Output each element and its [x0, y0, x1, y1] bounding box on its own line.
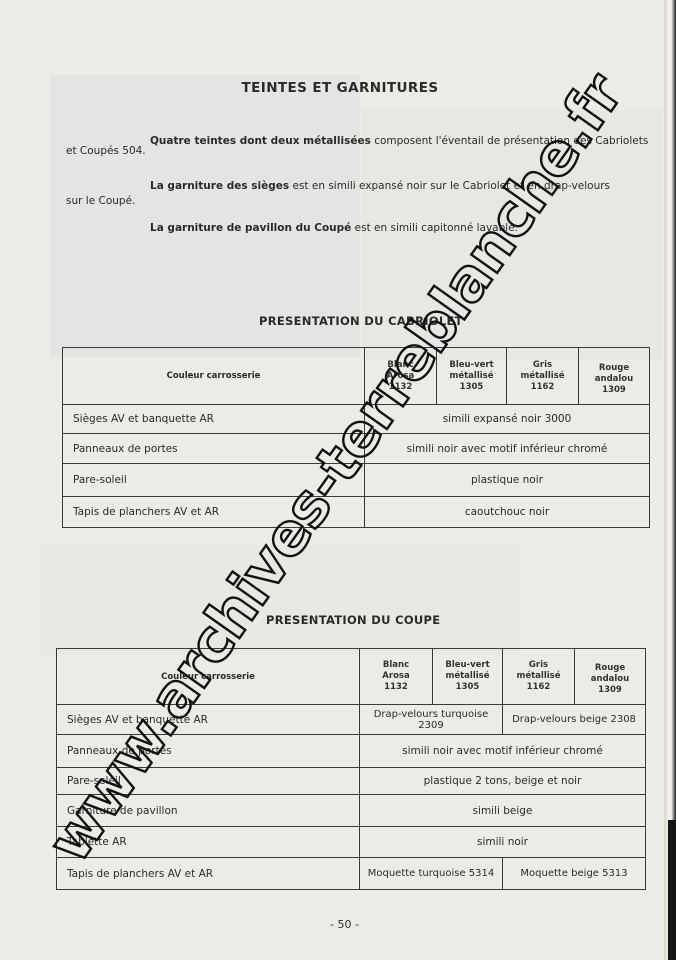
table-row: Panneaux de portes simili noir avec moti…	[63, 434, 650, 464]
color-column-rouge-andalou: Rougeandalou1309	[579, 348, 650, 405]
color-column-rouge-andalou: Rougeandalou1309	[575, 649, 646, 705]
row-label: Panneaux de portes	[63, 434, 365, 464]
row-value: simili beige	[360, 795, 646, 827]
row-value-right: Drap-velours beige 2308	[503, 705, 646, 735]
table-row: Sièges AV et banquette AR simili expansé…	[63, 405, 650, 434]
row-value: plastique 2 tons, beige et noir	[360, 768, 646, 795]
color-column-blanc-arosa: BlancArosa1132	[365, 348, 437, 405]
page-number: - 50 -	[330, 918, 359, 931]
page-binding-edge	[664, 0, 676, 960]
coupe-section-title: PRESENTATION DU COUPE	[266, 613, 440, 627]
paragraph-1-continuation: et Coupés 504.	[66, 146, 146, 157]
table-row: Garniture de pavillon simili beige	[57, 795, 646, 827]
table-header-row: Couleur carrosserie BlancArosa1132 Bleu-…	[57, 649, 646, 705]
row-label: Panneaux de portes	[57, 735, 360, 768]
row-value-left: Drap-velours turquoise 2309	[360, 705, 503, 735]
paragraph-3-bold: La garniture de pavillon du Coupé	[150, 222, 351, 234]
cabriolet-section-title: PRESENTATION DU CABRIOLET	[259, 314, 463, 328]
table-row: Tapis de planchers AV et AR Moquette tur…	[57, 858, 646, 890]
row-value: simili noir avec motif inférieur chromé	[365, 434, 650, 464]
row-value: simili expansé noir 3000	[365, 405, 650, 434]
header-color-label: Couleur carrosserie	[63, 348, 365, 405]
coupe-table: Couleur carrosserie BlancArosa1132 Bleu-…	[56, 648, 646, 890]
table-row: Pare-soleil plastique noir	[63, 464, 650, 497]
color-column-gris: Grismétallisé1162	[507, 348, 579, 405]
row-value-right: Moquette beige 5313	[503, 858, 646, 890]
page-title: TEINTES ET GARNITURES	[0, 80, 676, 96]
table-row: Sièges AV et banquette AR Drap-velours t…	[57, 705, 646, 735]
paragraph-2: La garniture des sièges est en simili ex…	[150, 181, 610, 192]
table-row: Panneaux de portes simili noir avec moti…	[57, 735, 646, 768]
paragraph-3: La garniture de pavillon du Coupé est en…	[150, 223, 518, 234]
color-column-gris: Grismétallisé1162	[503, 649, 575, 705]
row-value: simili noir	[360, 827, 646, 858]
row-value: caoutchouc noir	[365, 497, 650, 528]
color-column-blanc-arosa: BlancArosa1132	[360, 649, 433, 705]
row-label: Sièges AV et banquette AR	[57, 705, 360, 735]
paragraph-2-text: est en simili expansé noir sur le Cabrio…	[289, 180, 610, 192]
table-row: Tablette AR simili noir	[57, 827, 646, 858]
row-label: Pare-soleil	[57, 768, 360, 795]
page-binding-shadow	[668, 820, 676, 960]
bleed-through-shade	[40, 545, 520, 655]
table-row: Pare-soleil plastique 2 tons, beige et n…	[57, 768, 646, 795]
paragraph-3-text: est en simili capitonné lavable.	[351, 222, 518, 234]
row-label: Pare-soleil	[63, 464, 365, 497]
row-label: Sièges AV et banquette AR	[63, 405, 365, 434]
color-column-bleu-vert: Bleu-vertmétallisé1305	[433, 649, 503, 705]
color-column-bleu-vert: Bleu-vertmétallisé1305	[437, 348, 507, 405]
row-value: plastique noir	[365, 464, 650, 497]
row-label: Tapis de planchers AV et AR	[63, 497, 365, 528]
paragraph-2-bold: La garniture des sièges	[150, 180, 289, 192]
row-label: Tapis de planchers AV et AR	[57, 858, 360, 890]
row-value: simili noir avec motif inférieur chromé	[360, 735, 646, 768]
row-label: Garniture de pavillon	[57, 795, 360, 827]
paragraph-1-bold: Quatre teintes dont deux métallisées	[150, 135, 371, 147]
table-header-row: Couleur carrosserie BlancArosa1132 Bleu-…	[63, 348, 650, 405]
paragraph-1-text: composent l'éventail de présentation des…	[371, 135, 648, 147]
paragraph-2-continuation: sur le Coupé.	[66, 196, 135, 207]
row-value-left: Moquette turquoise 5314	[360, 858, 503, 890]
header-color-label: Couleur carrosserie	[57, 649, 360, 705]
table-row: Tapis de planchers AV et AR caoutchouc n…	[63, 497, 650, 528]
paragraph-1: Quatre teintes dont deux métallisées com…	[150, 136, 648, 147]
row-label: Tablette AR	[57, 827, 360, 858]
cabriolet-table: Couleur carrosserie BlancArosa1132 Bleu-…	[62, 347, 650, 528]
